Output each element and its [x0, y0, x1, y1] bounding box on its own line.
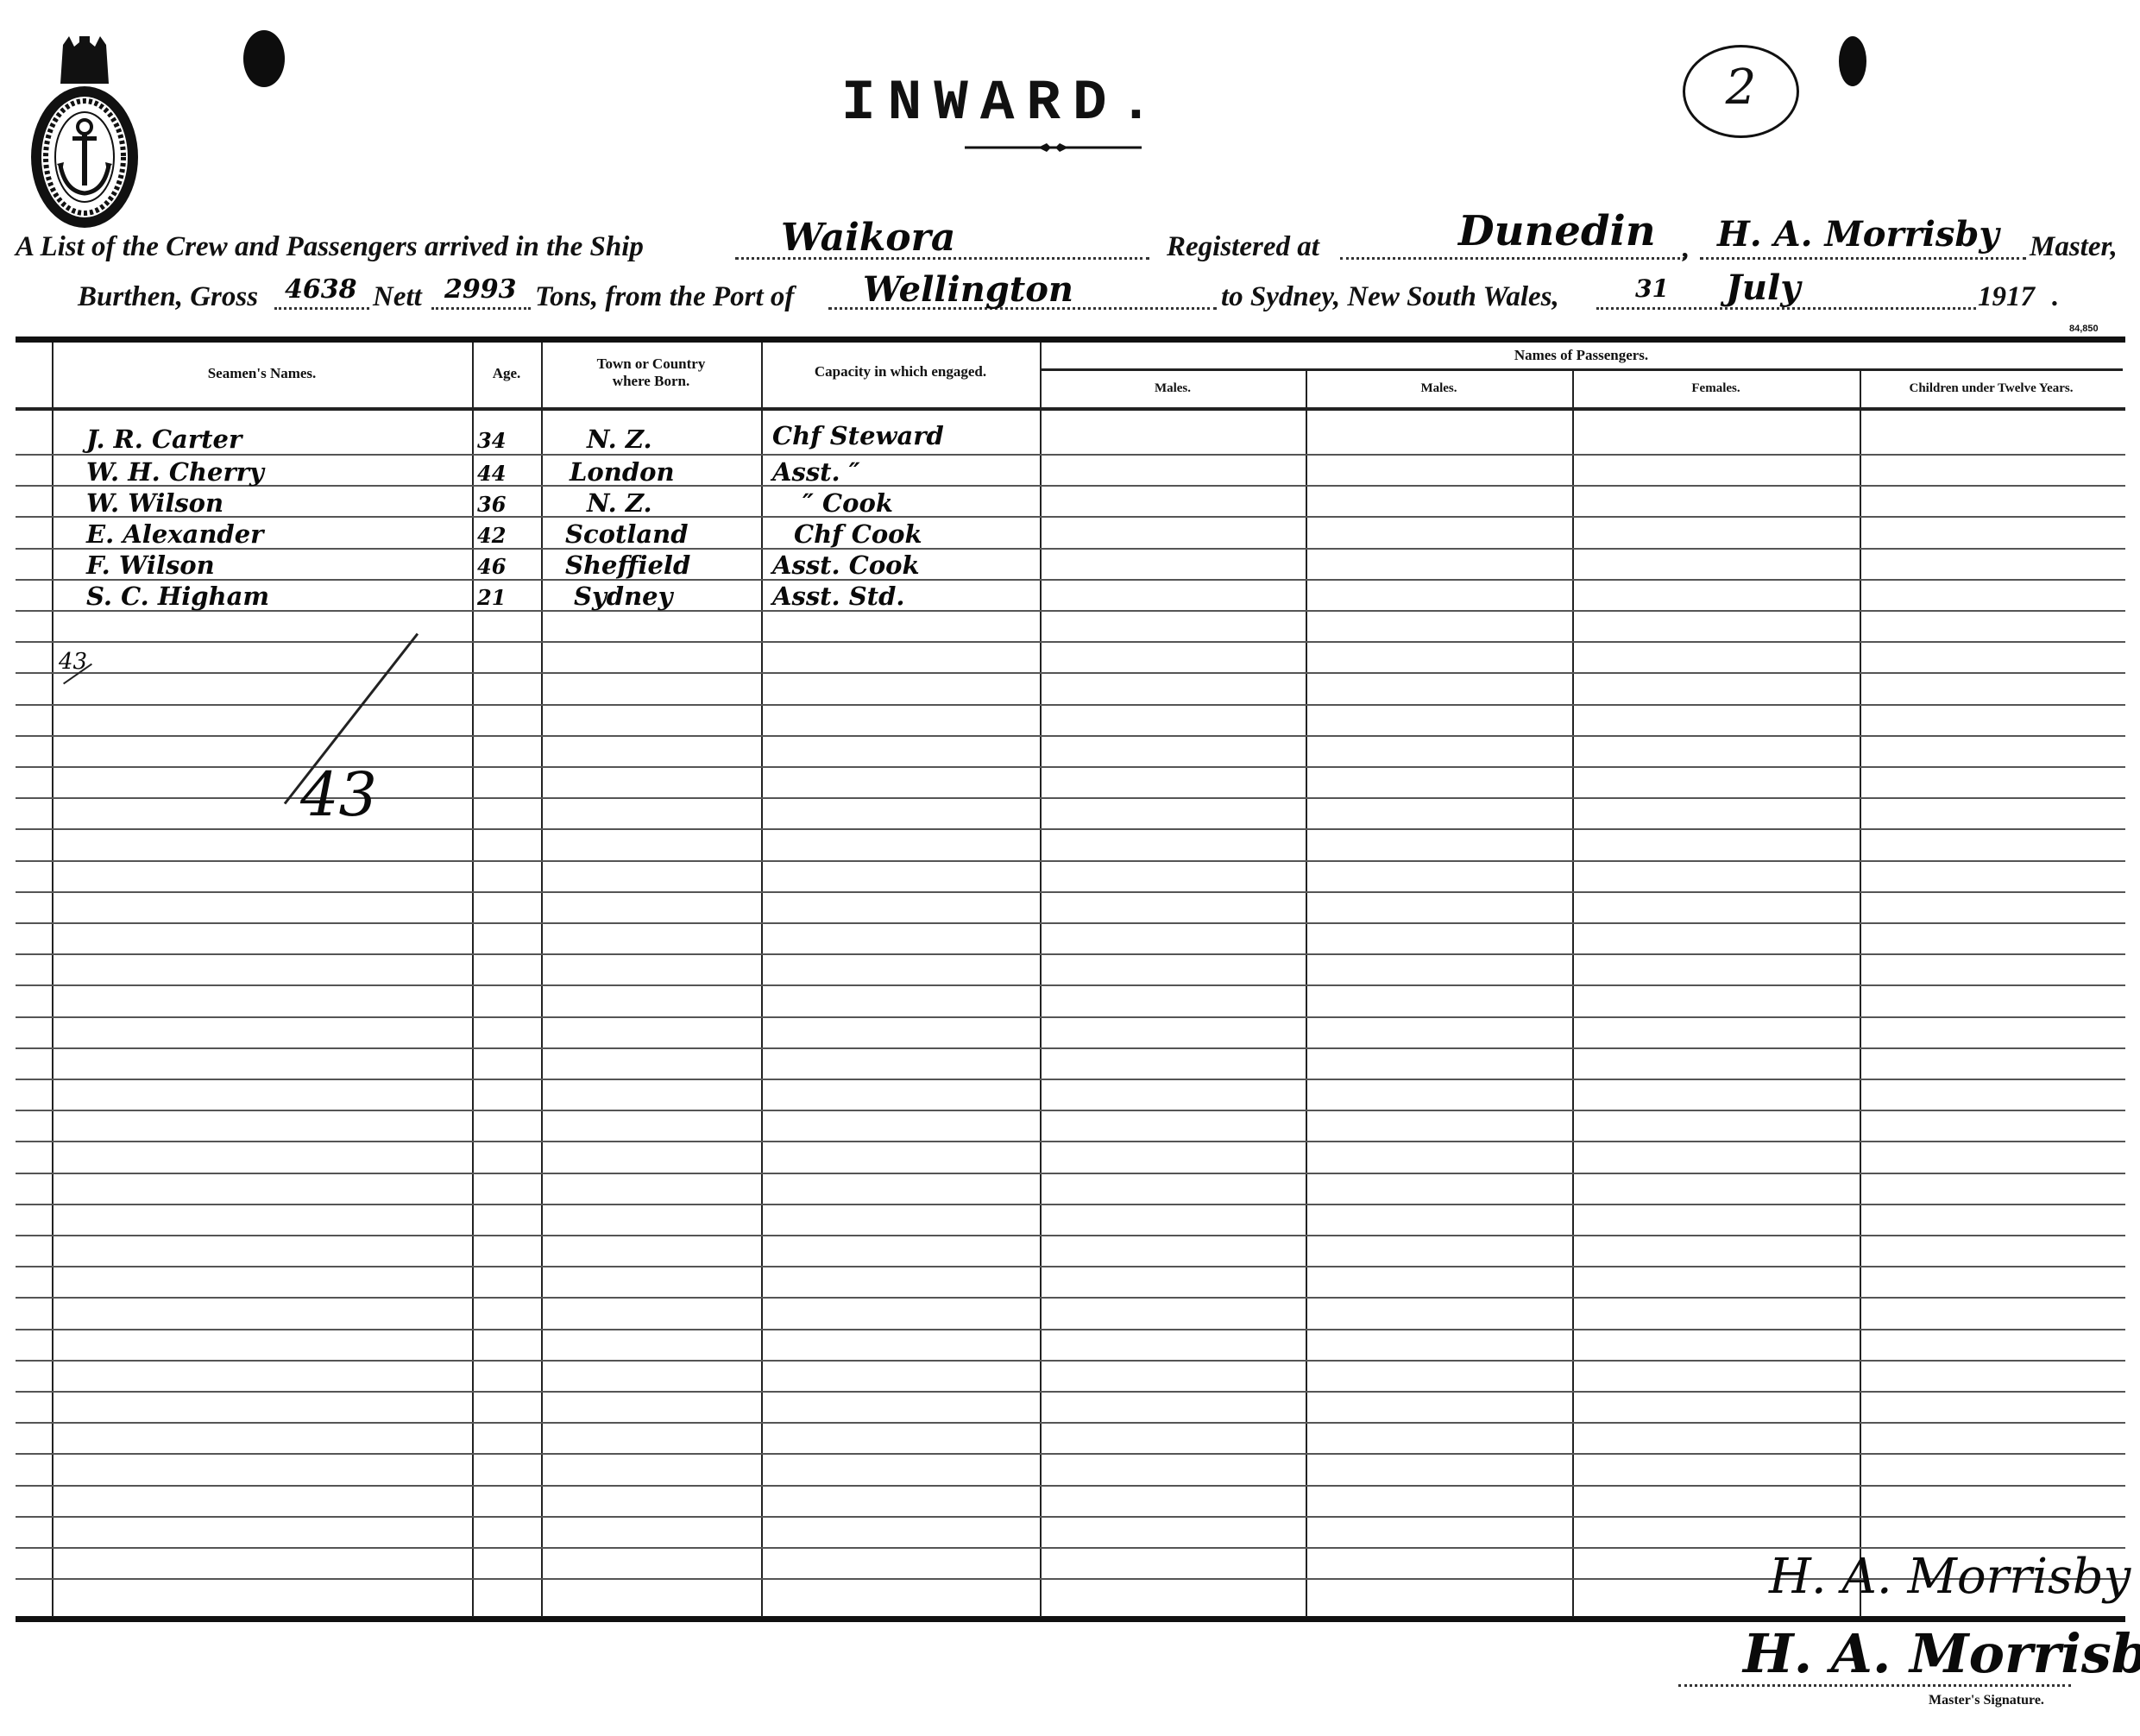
header-capacity: Capacity in which engaged.	[761, 363, 1040, 381]
ruled-line	[16, 1453, 2125, 1455]
master-signature: H. A. Morrisby	[1743, 1622, 2140, 1685]
registered-port-field-line	[1340, 257, 1685, 260]
seaman-capacity: Chf Steward	[772, 421, 944, 450]
arrival-month-value: July	[1726, 267, 1800, 308]
seaman-born: Scotland	[565, 519, 689, 549]
ruled-line	[16, 922, 2125, 924]
header-age: Age.	[472, 365, 541, 382]
ruled-line	[16, 1173, 2125, 1174]
ruled-line	[16, 579, 2125, 581]
ruled-line	[16, 548, 2125, 550]
ruled-line	[16, 735, 2125, 737]
col-line-capacity	[761, 343, 763, 1617]
seaman-born: London	[570, 457, 675, 487]
seaman-age: 34	[477, 428, 506, 453]
seaman-age: 42	[477, 523, 506, 548]
punch-hole-right	[1839, 36, 1866, 86]
col-line-town	[541, 343, 543, 1617]
arrival-year-value: 1917	[1978, 281, 2035, 313]
col-line-passengers	[1040, 343, 1042, 1617]
anchor-crest-icon	[24, 36, 145, 230]
burthen-gross-label: Burthen, Gross	[78, 281, 258, 313]
col-line-left	[52, 343, 53, 1617]
signature-line	[1678, 1684, 2071, 1687]
line-end-mark: .	[2052, 281, 2059, 313]
ruled-line	[16, 1047, 2125, 1049]
master-signature-upper: H. A. Morrisby	[1769, 1549, 2131, 1605]
ruled-line	[16, 454, 2125, 456]
ruled-line	[16, 641, 2125, 643]
nett-tons-value: 2993	[444, 274, 517, 305]
ruled-line	[16, 953, 2125, 955]
form-number: 84,850	[2069, 324, 2099, 334]
ruled-line	[16, 1141, 2125, 1142]
ship-name-value: Waikora	[781, 216, 955, 260]
ruled-line	[16, 516, 2125, 518]
seaman-capacity: Chf Cook	[794, 519, 922, 549]
ruled-line	[16, 1485, 2125, 1487]
seaman-name: S. C. Higham	[86, 582, 269, 611]
registered-port-value: Dunedin	[1458, 207, 1656, 255]
ruled-line	[16, 1204, 2125, 1205]
seaman-capacity: Asst. Cook	[772, 550, 920, 580]
seaman-capacity: Asst. ″	[772, 457, 860, 487]
col-line-children	[1860, 371, 1861, 1617]
ruled-line	[16, 704, 2125, 706]
seaman-name: F. Wilson	[86, 550, 215, 580]
title-ornament	[965, 140, 1142, 150]
table-bottom-rule	[16, 1616, 2125, 1622]
arrival-day-value: 31	[1635, 274, 1669, 303]
seaman-age: 46	[477, 554, 506, 579]
registered-separator: ,	[1683, 233, 1690, 265]
ruled-line	[16, 891, 2125, 893]
header-females: Females.	[1572, 381, 1860, 396]
header-bottom-rule	[16, 407, 2125, 411]
ruled-line	[16, 610, 2125, 612]
gross-tons-field-line	[274, 307, 369, 310]
seaman-age: 21	[477, 585, 506, 610]
ruled-line	[16, 1329, 2125, 1330]
seaman-born: Sheffield	[565, 550, 690, 580]
ruled-line	[16, 1391, 2125, 1393]
seaman-capacity: ″ Cook	[802, 488, 893, 518]
nett-label: Nett	[373, 281, 422, 313]
ruled-line	[16, 1297, 2125, 1299]
col-line-females	[1572, 371, 1574, 1617]
col-line-males2	[1306, 371, 1307, 1617]
master-name-value: H. A. Morrisby	[1717, 214, 1999, 255]
header-passengers-group: Names of Passengers.	[1040, 347, 2123, 364]
table-top-rule	[16, 337, 2125, 343]
ruled-line	[16, 1516, 2125, 1518]
seaman-name: W. H. Cherry	[86, 457, 264, 487]
seaman-born: Sydney	[574, 582, 672, 611]
ruled-line	[16, 860, 2125, 862]
gross-tons-value: 4638	[285, 274, 357, 305]
intro-prefix-label: A List of the Crew and Passengers arrive…	[16, 231, 644, 263]
from-port-value: Wellington	[863, 269, 1073, 310]
ruled-line	[16, 1266, 2125, 1267]
ruled-line	[16, 1235, 2125, 1236]
ruled-line	[16, 1422, 2125, 1424]
signature-label: Master's Signature.	[1929, 1693, 2044, 1708]
page-number: 2	[1685, 60, 1797, 116]
seaman-age: 36	[477, 492, 506, 517]
seaman-born: N. Z.	[587, 425, 652, 454]
registered-at-label: Registered at	[1167, 231, 1319, 263]
seaman-born: N. Z.	[587, 488, 652, 518]
seaman-name: E. Alexander	[86, 519, 263, 549]
ruled-line	[16, 672, 2125, 674]
header-males-1: Males.	[1040, 381, 1306, 396]
header-town-line2: where Born.	[541, 373, 761, 390]
seaman-capacity: Asst. Std.	[772, 582, 904, 611]
to-sydney-label: to Sydney, New South Wales,	[1221, 281, 1559, 313]
ruled-line	[16, 485, 2125, 487]
seaman-age: 44	[477, 461, 506, 486]
ruled-line	[16, 1016, 2125, 1018]
from-port-label: Tons, from the Port of	[535, 281, 794, 313]
master-label: Master,	[2030, 231, 2118, 263]
ruled-line	[16, 984, 2125, 986]
nett-tons-field-line	[431, 307, 531, 310]
master-name-field-line	[1700, 257, 2026, 260]
passenger-subheader-rule	[1040, 368, 2123, 371]
col-line-age	[472, 343, 474, 1617]
page-number-badge: 2	[1683, 45, 1799, 138]
ruled-line	[16, 1110, 2125, 1111]
header-town-line1: Town or Country	[541, 355, 761, 373]
header-seamens-names: Seamen's Names.	[52, 365, 472, 382]
ruled-line	[16, 1079, 2125, 1080]
seaman-name: J. R. Carter	[86, 425, 242, 454]
header-males-2: Males.	[1306, 381, 1572, 396]
header-children: Children under Twelve Years.	[1860, 381, 2123, 396]
page-title: INWARD.	[841, 71, 1165, 135]
ruled-line	[16, 1360, 2125, 1362]
punch-hole-left	[243, 30, 285, 87]
seaman-name: W. Wilson	[86, 488, 223, 518]
